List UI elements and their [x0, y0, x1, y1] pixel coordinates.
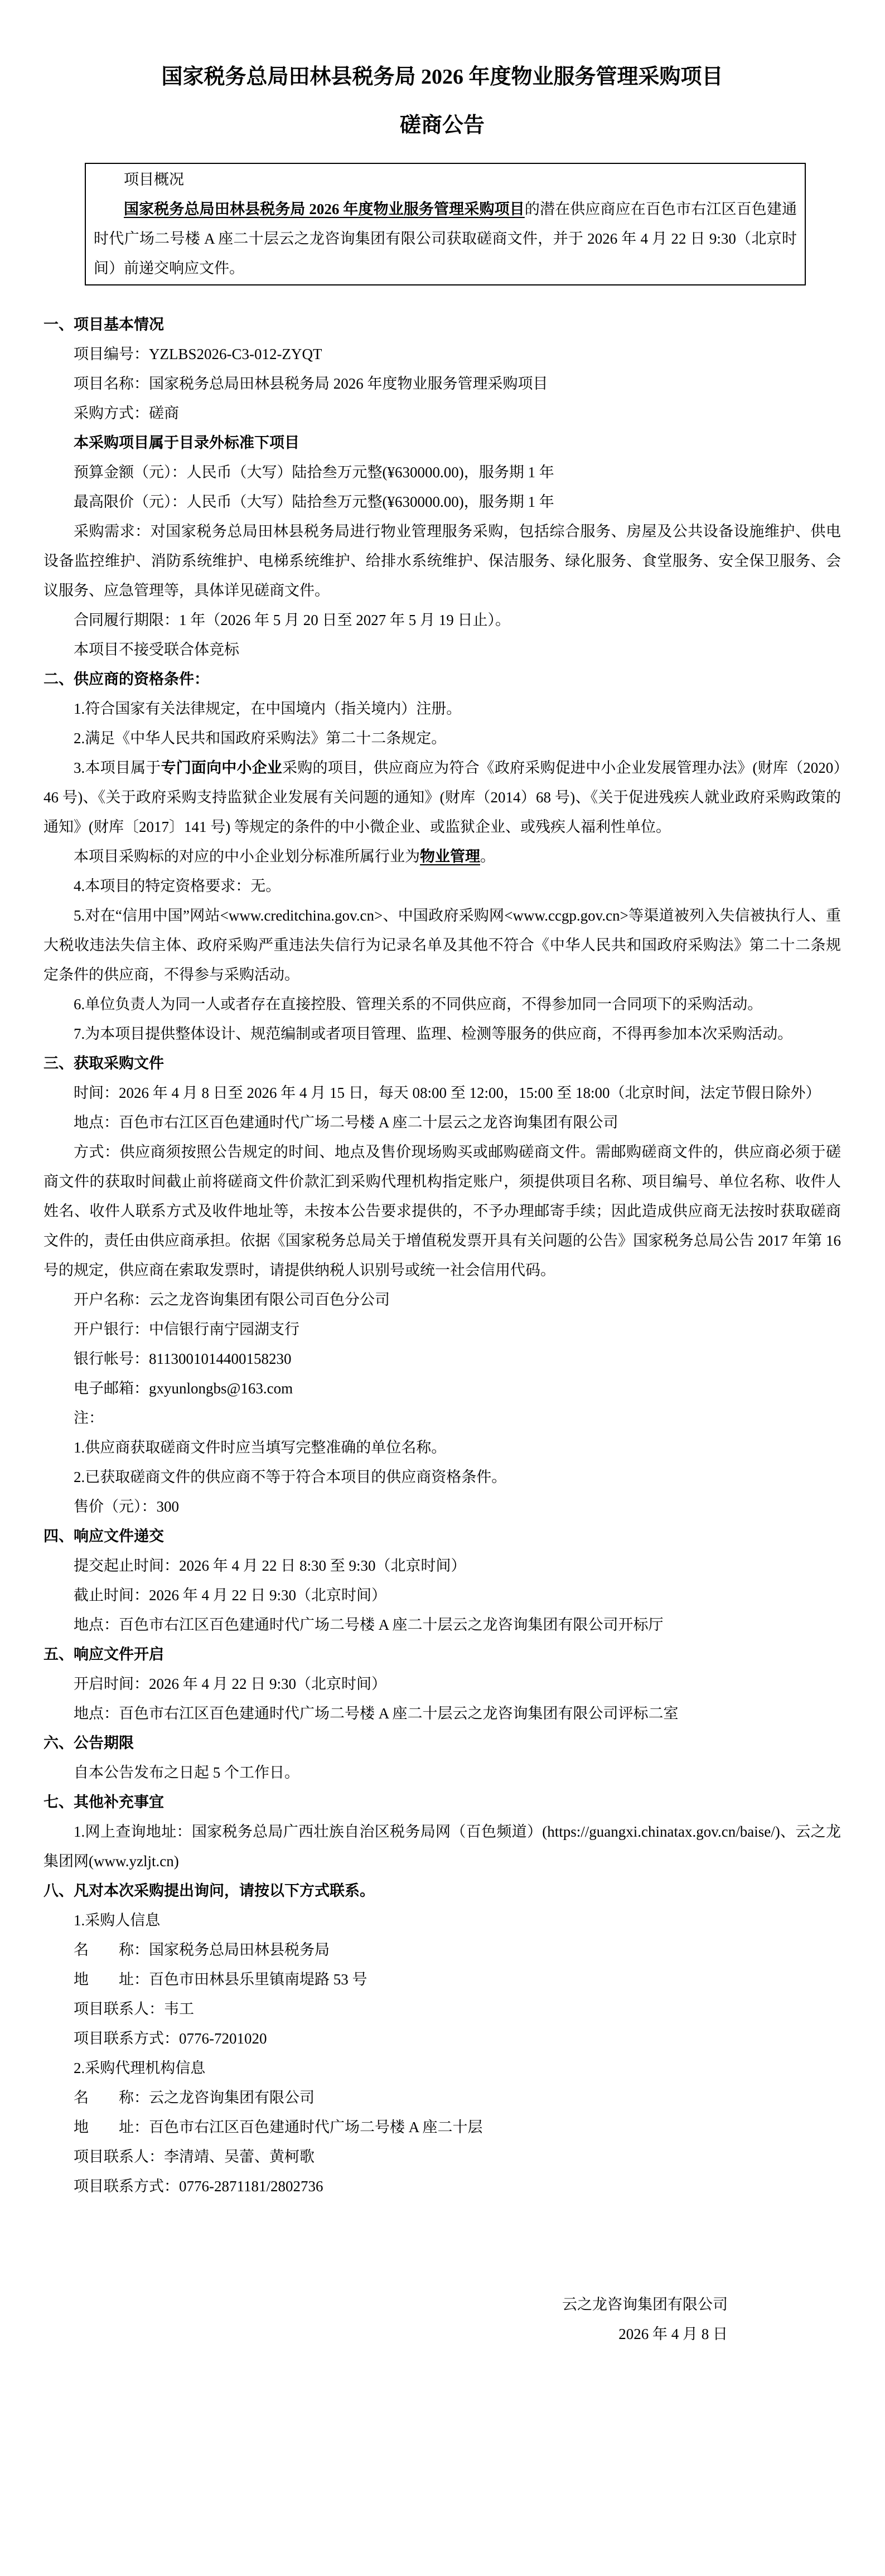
agency-info-label: 2.采购代理机构信息 — [43, 2054, 841, 2083]
acquisition-location: 地点：百色市右江区百色建通时代广场二号楼 A 座二十层云之龙咨询集团有限公司 — [43, 1108, 841, 1137]
opening-location: 地点：百色市右江区百色建通时代广场二号楼 A 座二十层云之龙咨询集团有限公司评标… — [43, 1699, 841, 1728]
industry-classification: 本项目采购标的对应的中小企业划分标准所属行业为物业管理。 — [43, 842, 841, 871]
buyer-name: 名 称：国家税务总局田林县税务局 — [43, 1935, 841, 1965]
acquisition-time: 时间：2026 年 4 月 8 日至 2026 年 4 月 15 日，每天 08… — [43, 1078, 841, 1108]
overview-project-name: 国家税务总局田林县税务局 2026 年度物业服务管理采购项目 — [124, 201, 525, 217]
industry-classification-prefix: 本项目采购标的对应的中小企业划分标准所属行业为 — [74, 848, 420, 865]
submission-location: 地点：百色市右江区百色建通时代广场二号楼 A 座二十层云之龙咨询集团有限公司开标… — [43, 1610, 841, 1640]
section-8-heading: 八、凡对本次采购提出询问，请按以下方式联系。 — [43, 1876, 841, 1906]
signature-block: 云之龙咨询集团有限公司 2026 年 4 月 8 日 — [43, 2290, 841, 2349]
contract-period: 合同履行期限：1 年（2026 年 5 月 20 日至 2027 年 5 月 1… — [43, 606, 841, 635]
section-1-heading: 一、项目基本情况 — [43, 310, 841, 340]
qualification-item-3: 3.本项目属于专门面向中小企业采购的项目，供应商应为符合《政府采购促进中小企业发… — [43, 753, 841, 842]
agency-contact-phone: 项目联系方式：0776-2871181/2802736 — [43, 2172, 841, 2201]
qualification-item-4: 4.本项目的特定资格要求：无。 — [43, 871, 841, 901]
document-title: 国家税务总局田林县税务局 2026 年度物业服务管理采购项目 磋商公告 — [43, 53, 841, 150]
agency-address: 地 址：百色市右江区百色建通时代广场二号楼 A 座二十层 — [43, 2113, 841, 2142]
submission-deadline: 截止时间：2026 年 4 月 22 日 9:30（北京时间） — [43, 1581, 841, 1610]
section-4-heading: 四、响应文件递交 — [43, 1522, 841, 1551]
section-5-heading: 五、响应文件开启 — [43, 1640, 841, 1669]
qualification-item-6: 6.单位负责人为同一人或者存在直接控股、管理关系的不同供应商，不得参加同一合同项… — [43, 990, 841, 1019]
industry-classification-suffix: 。 — [480, 848, 495, 865]
project-overview-box: 项目概况 国家税务总局田林县税务局 2026 年度物业服务管理采购项目的潜在供应… — [85, 163, 806, 285]
agency-name: 名 称：云之龙咨询集团有限公司 — [43, 2083, 841, 2113]
qualification-item-1: 1.符合国家有关法律规定，在中国境内（指关境内）注册。 — [43, 694, 841, 724]
agency-contact-person: 项目联系人：李清靖、吴蕾、黄柯歌 — [43, 2142, 841, 2172]
note-label: 注： — [43, 1403, 841, 1433]
opening-time: 开启时间：2026 年 4 月 22 日 9:30（北京时间） — [43, 1669, 841, 1699]
procurement-requirements: 采购需求：对国家税务总局田林县税务局进行物业管理服务采购，包括综合服务、房屋及公… — [43, 517, 841, 606]
section-7-heading: 七、其他补充事宜 — [43, 1788, 841, 1817]
bank-account-number: 银行帐号：8113001014400158230 — [43, 1344, 841, 1374]
qualification-item-5: 5.对在“信用中国”网站<www.creditchina.gov.cn>、中国政… — [43, 901, 841, 990]
no-consortium-note: 本项目不接受联合体竞标 — [43, 635, 841, 665]
buyer-contact-person: 项目联系人：韦工 — [43, 1994, 841, 2024]
footer-date: 2026 年 4 月 8 日 — [43, 2320, 728, 2349]
note-item-1: 1.供应商获取磋商文件时应当填写完整准确的单位名称。 — [43, 1433, 841, 1463]
project-number: 项目编号：YZLBS2026-C3-012-ZYQT — [43, 340, 841, 369]
procurement-method: 采购方式：磋商 — [43, 399, 841, 428]
announcement-period: 自本公告发布之日起 5 个工作日。 — [43, 1758, 841, 1788]
document-page: 国家税务总局田林县税务局 2026 年度物业服务管理采购项目 磋商公告 项目概况… — [0, 0, 885, 2349]
acquisition-method: 方式：供应商须按照公告规定的时间、地点及售价现场购买或邮购磋商文件。需邮购磋商文… — [43, 1137, 841, 1285]
note-item-2: 2.已获取磋商文件的供应商不等于符合本项目的供应商资格条件。 — [43, 1463, 841, 1492]
overview-paragraph: 国家税务总局田林县税务局 2026 年度物业服务管理采购项目的潜在供应商应在百色… — [94, 195, 797, 283]
document-title-line1: 国家税务总局田林县税务局 2026 年度物业服务管理采购项目 — [161, 65, 723, 89]
bank-name: 开户银行：中信银行南宁园湖支行 — [43, 1315, 841, 1344]
document-title-line2: 磋商公告 — [400, 114, 485, 137]
document-price: 售价（元）：300 — [43, 1492, 841, 1522]
catalog-note: 本采购项目属于目录外标准下项目 — [43, 428, 841, 458]
overview-heading: 项目概况 — [94, 165, 797, 195]
submission-time: 提交起止时间：2026 年 4 月 22 日 8:30 至 9:30（北京时间） — [43, 1551, 841, 1581]
section-6-heading: 六、公告期限 — [43, 1728, 841, 1758]
max-price: 最高限价（元）：人民币（大写）陆拾叁万元整(¥630000.00)，服务期 1 … — [43, 487, 841, 517]
qualification-item-2: 2.满足《中华人民共和国政府采购法》第二十二条规定。 — [43, 724, 841, 753]
qualification-item-7: 7.为本项目提供整体设计、规范编制或者项目管理、监理、检测等服务的供应商，不得再… — [43, 1019, 841, 1049]
qualification-item-3-prefix: 3.本项目属于 — [74, 759, 161, 776]
buyer-contact-phone: 项目联系方式：0776-7201020 — [43, 2024, 841, 2054]
account-name: 开户名称：云之龙咨询集团有限公司百色分公司 — [43, 1285, 841, 1315]
section-3-heading: 三、获取采购文件 — [43, 1049, 841, 1078]
project-name: 项目名称：国家税务总局田林县税务局 2026 年度物业服务管理采购项目 — [43, 369, 841, 399]
footer-company: 云之龙咨询集团有限公司 — [43, 2290, 728, 2320]
buyer-info-label: 1.采购人信息 — [43, 1906, 841, 1935]
sme-oriented-label: 专门面向中小企业 — [161, 759, 282, 776]
section-2-heading: 二、供应商的资格条件： — [43, 665, 841, 694]
email-address: 电子邮箱：gxyunlongbs@163.com — [43, 1374, 841, 1403]
buyer-address: 地 址：百色市田林县乐里镇南堤路 53 号 — [43, 1965, 841, 1994]
online-query-address: 1.网上查询地址：国家税务总局广西壮族自治区税务局网（百色频道）(https:/… — [43, 1817, 841, 1876]
budget-amount: 预算金额（元）：人民币（大写）陆拾叁万元整(¥630000.00)，服务期 1 … — [43, 458, 841, 487]
industry-name: 物业管理 — [420, 848, 480, 865]
